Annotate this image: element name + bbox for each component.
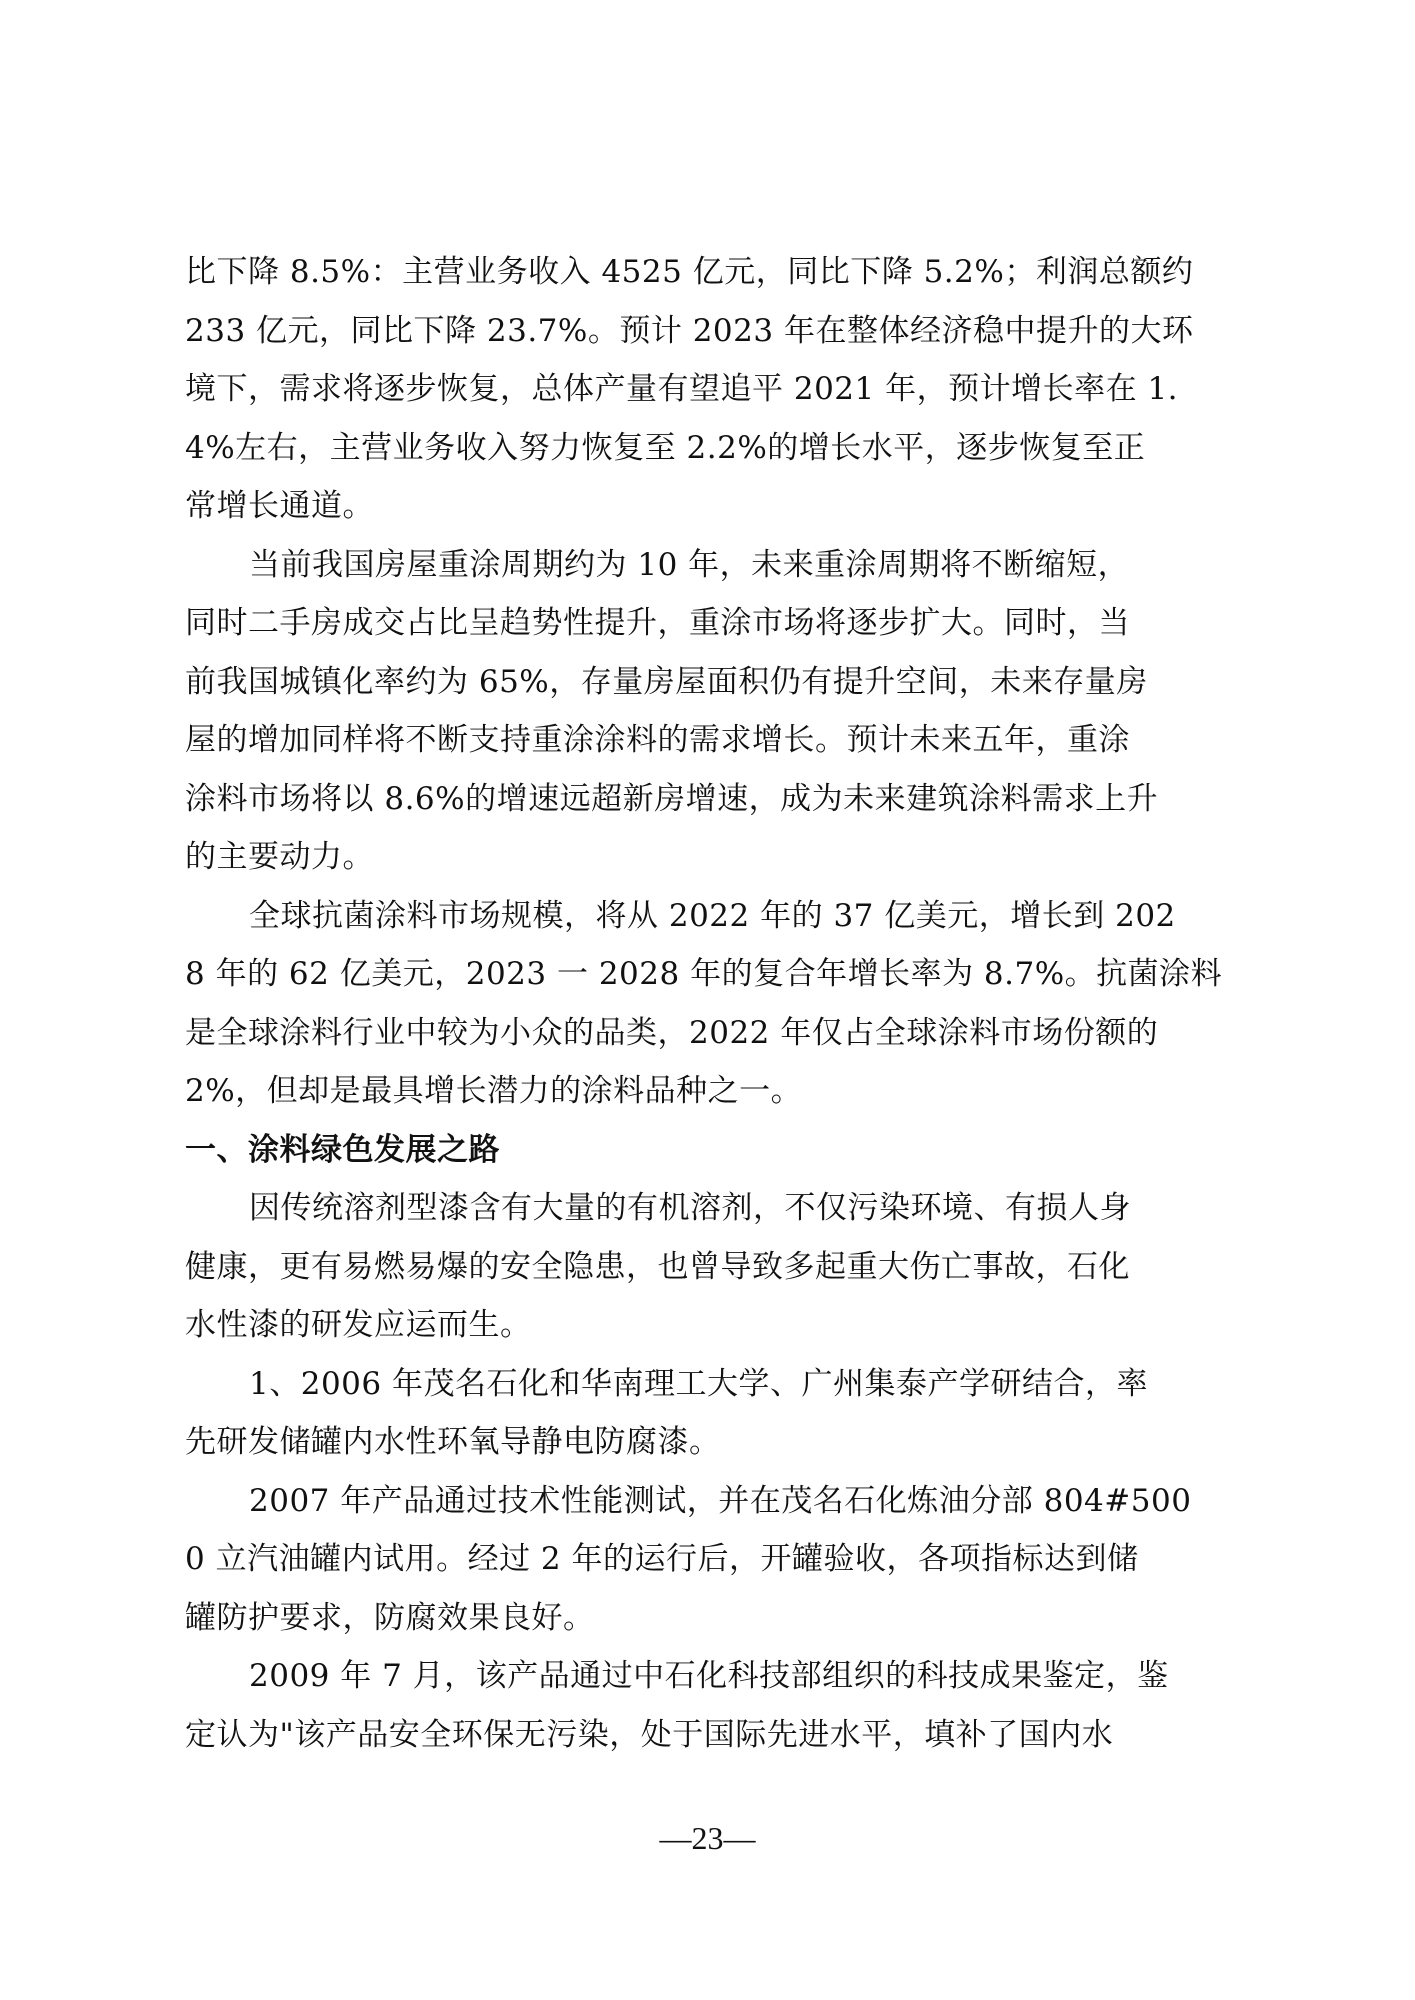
text-line: 0 立汽油罐内试用。经过 2 年的运行后，开罐验收，各项指标达到储 [185,1530,1245,1589]
paragraph-first-line: 2009 年 7 月，该产品通过中石化科技部组织的科技成果鉴定，鉴 [185,1647,1245,1706]
text-line: 同时二手房成交占比呈趋势性提升，重涂市场将逐步扩大。同时，当 [185,594,1245,653]
paragraph-first-line: 全球抗菌涂料市场规模，将从 2022 年的 37 亿美元，增长到 202 [185,887,1245,946]
text-line: 境下，需求将逐步恢复，总体产量有望追平 2021 年，预计增长率在 1. [185,360,1245,419]
text-line: 2%，但却是最具增长潜力的涂料品种之一。 [185,1062,1245,1121]
text-line: 常增长通道。 [185,477,1245,536]
section-heading: 一、涂料绿色发展之路 [185,1121,1245,1180]
text-line: 先研发储罐内水性环氧导静电防腐漆。 [185,1413,1245,1472]
paragraph-first-line: 1、2006 年茂名石化和华南理工大学、广州集泰产学研结合，率 [185,1355,1245,1414]
text-line: 233 亿元，同比下降 23.7%。预计 2023 年在整体经济稳中提升的大环 [185,302,1245,361]
document-body: 比下降 8.5%：主营业务收入 4525 亿元，同比下降 5.2%；利润总额约 … [185,243,1245,1764]
page-number: —23— [0,1818,1415,1858]
paragraph-first-line: 当前我国房屋重涂周期约为 10 年，未来重涂周期将不断缩短， [185,536,1245,595]
text-line: 是全球涂料行业中较为小众的品类，2022 年仅占全球涂料市场份额的 [185,1004,1245,1063]
text-line: 水性漆的研发应运而生。 [185,1296,1245,1355]
text-line: 前我国城镇化率约为 65%，存量房屋面积仍有提升空间，未来存量房 [185,653,1245,712]
text-line: 涂料市场将以 8.6%的增速远超新房增速，成为未来建筑涂料需求上升 [185,770,1245,829]
paragraph-first-line: 2007 年产品通过技术性能测试，并在茂名石化炼油分部 804#500 [185,1472,1245,1531]
text-line: 的主要动力。 [185,828,1245,887]
document-page: 比下降 8.5%：主营业务收入 4525 亿元，同比下降 5.2%；利润总额约 … [0,0,1415,2000]
text-line: 罐防护要求，防腐效果良好。 [185,1589,1245,1648]
text-line: 比下降 8.5%：主营业务收入 4525 亿元，同比下降 5.2%；利润总额约 [185,243,1245,302]
text-line: 8 年的 62 亿美元，2023 一 2028 年的复合年增长率为 8.7%。抗… [185,945,1245,1004]
text-line: 健康，更有易燃易爆的安全隐患，也曾导致多起重大伤亡事故，石化 [185,1238,1245,1297]
text-line: 定认为"该产品安全环保无污染，处于国际先进水平，填补了国内水 [185,1706,1245,1765]
paragraph-first-line: 因传统溶剂型漆含有大量的有机溶剂，不仅污染环境、有损人身 [185,1179,1245,1238]
text-line: 4%左右，主营业务收入努力恢复至 2.2%的增长水平，逐步恢复至正 [185,419,1245,478]
text-line: 屋的增加同样将不断支持重涂涂料的需求增长。预计未来五年，重涂 [185,711,1245,770]
